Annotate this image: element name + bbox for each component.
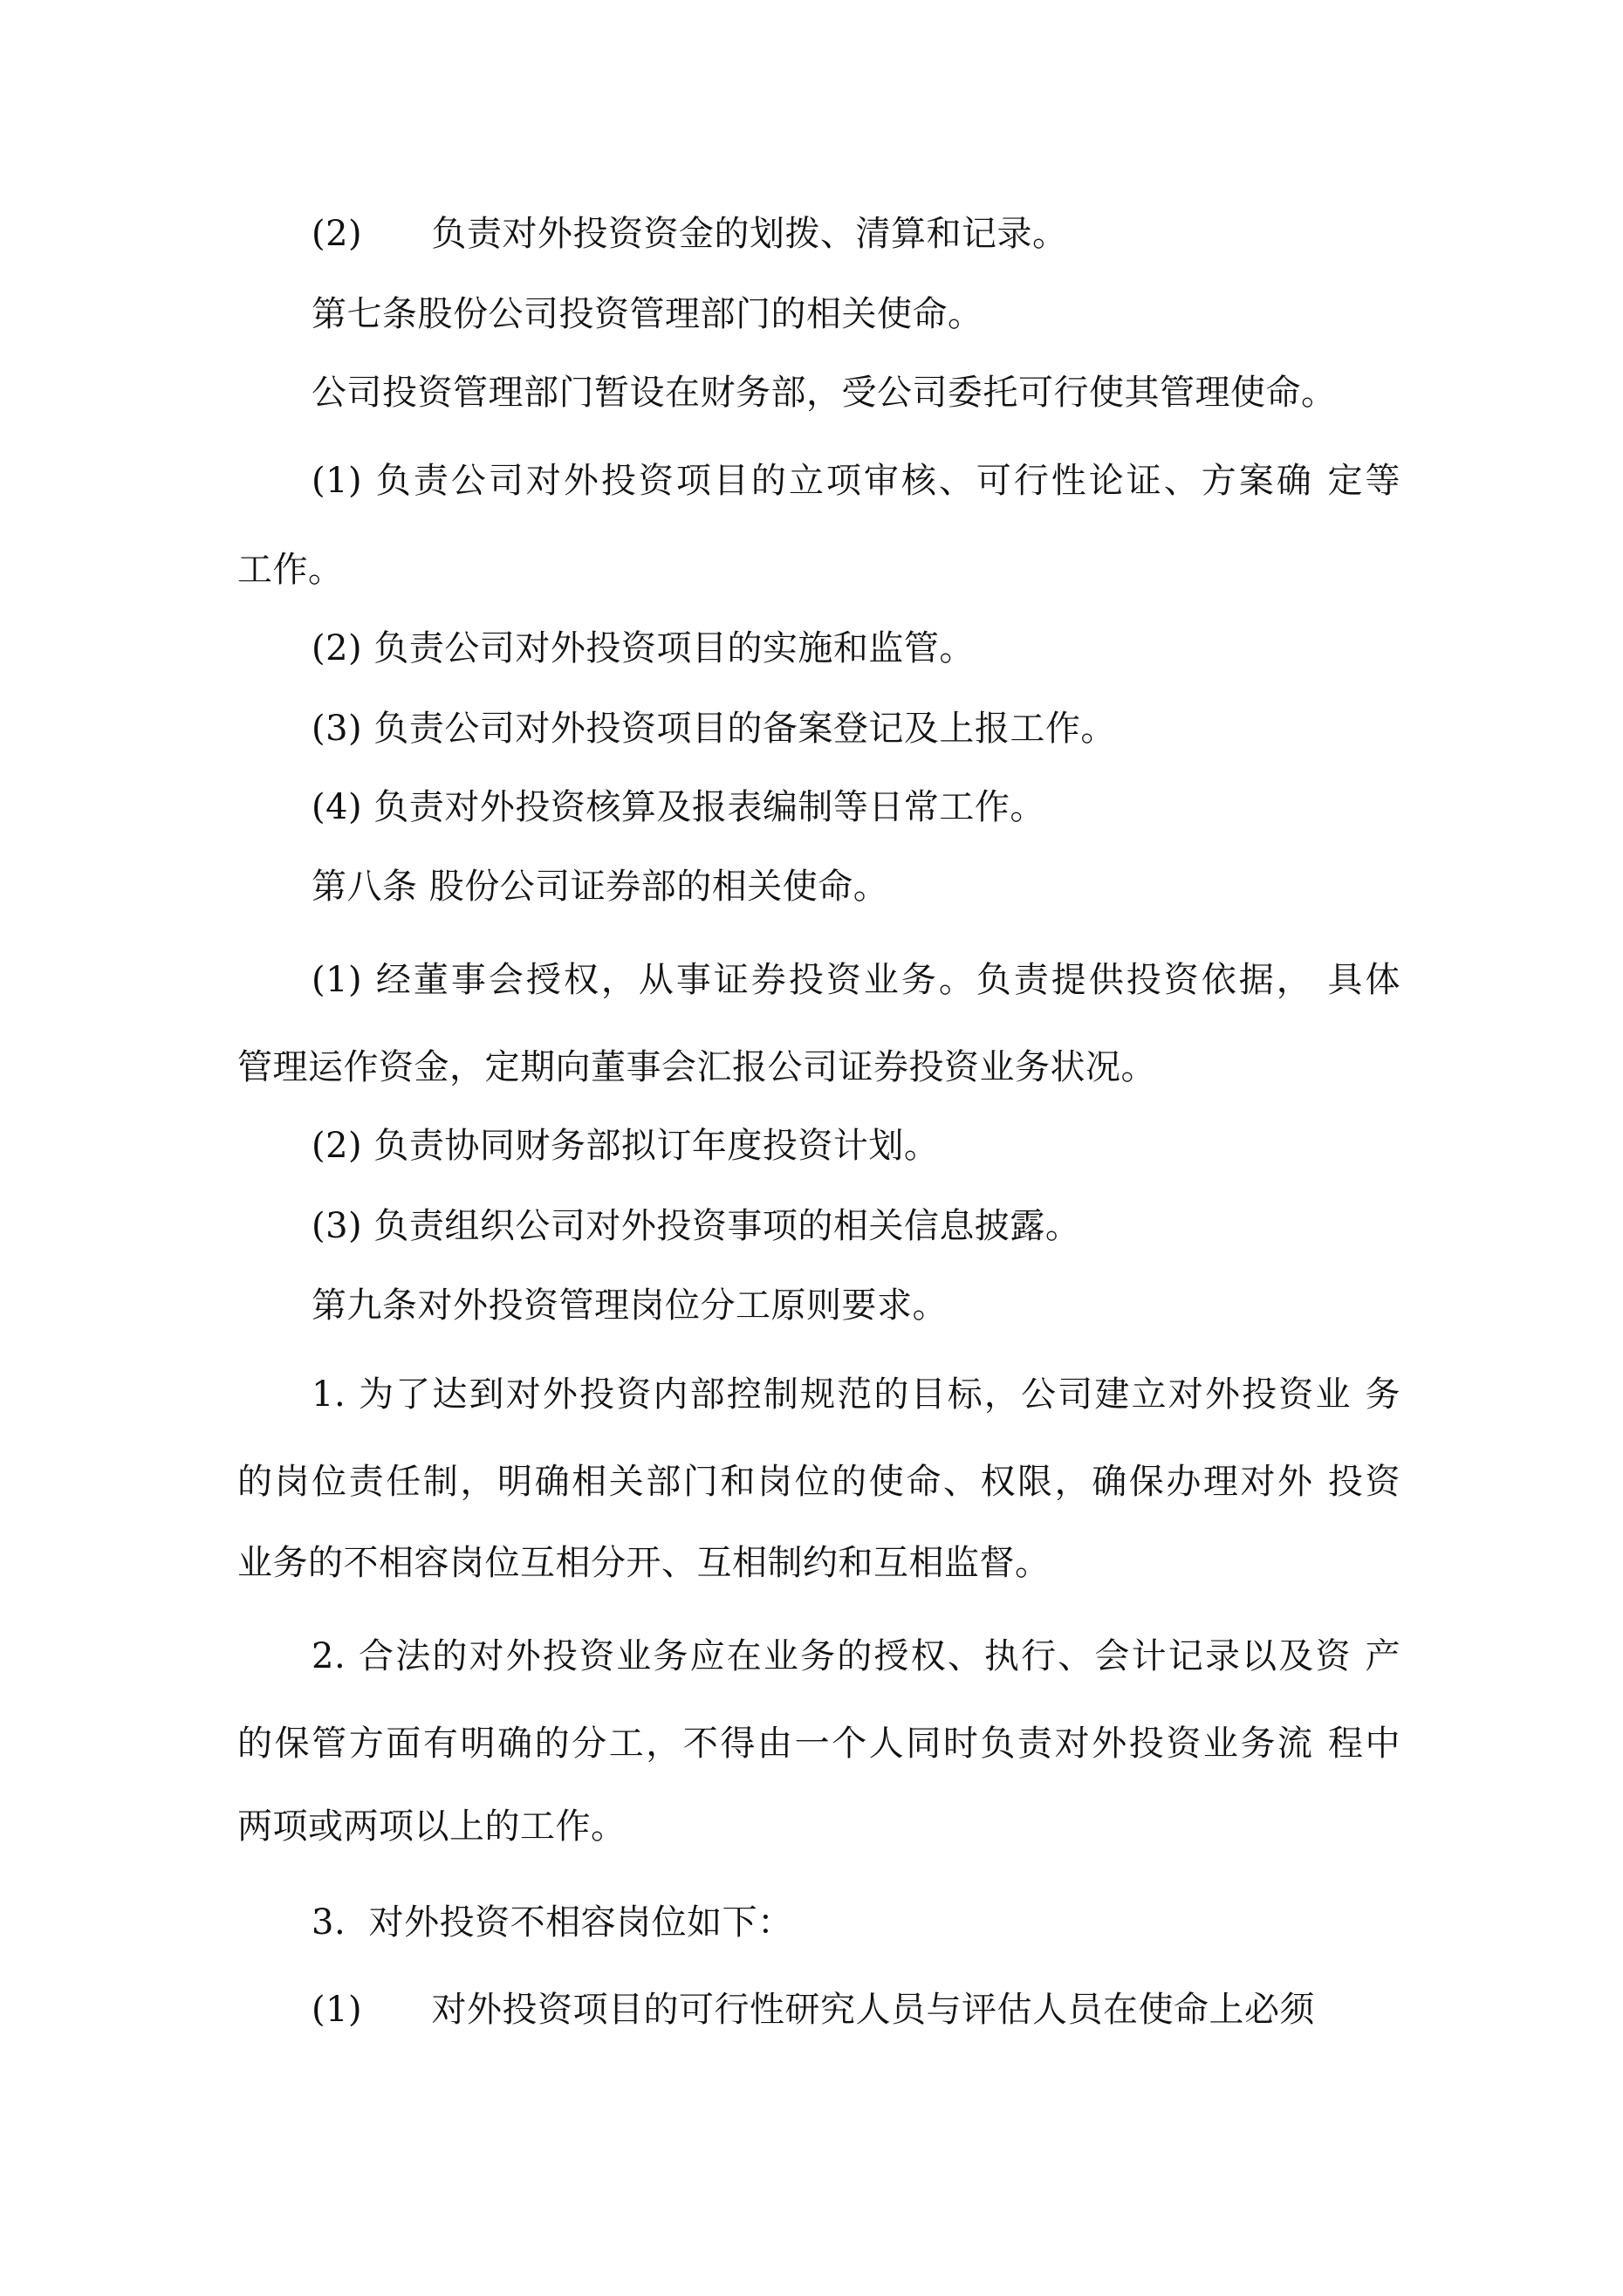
list-item-annual-plan: (2) 负责协同财务部拟订年度投资计划。 [312, 1125, 939, 1167]
list-item-securities-authorization: (1) 经董事会授权，从事证券投资业务。负责提供投资依据， 具体 [312, 959, 1400, 1001]
continuation-two-or-more: 两项或两项以上的工作。 [237, 1806, 627, 1847]
list-item-implementation: (2) 负责公司对外投资项目的实施和监管。 [312, 627, 975, 669]
article-8-heading: 第八条 股份公司证券部的相关使命。 [312, 866, 888, 908]
continuation-work: 工作。 [237, 549, 344, 591]
document-page: (2) 负责对外投资资金的划拨、清算和记录。 第七条股份公司投资管理部门的相关使… [0, 0, 1623, 2296]
list-item-transfer-settlement: (2) 负责对外投资资金的划拨、清算和记录。 [312, 213, 1067, 255]
continuation-separation: 业务的不相容岗位互相分开、互相制约和互相监督。 [237, 1542, 1051, 1584]
list-item-accounting: (4) 负责对外投资核算及报表编制等日常工作。 [312, 786, 1045, 828]
continuation-responsibility-system: 的岗位责任制，明确相关部门和岗位的使命、权限，确保办理对外 投资 [237, 1461, 1400, 1503]
continuation-fund-management: 管理运作资金，定期向董事会汇报公司证券投资业务状况。 [237, 1046, 1156, 1088]
article-7-heading: 第七条股份公司投资管理部门的相关使命。 [312, 293, 983, 335]
list-item-project-review: (1) 负责公司对外投资项目的立项审核、可行性论证、方案确 定等 [312, 460, 1400, 502]
article-9-heading: 第九条对外投资管理岗位分工原则要求。 [312, 1285, 948, 1326]
list-item-disclosure: (3) 负责组织公司对外投资事项的相关信息披露。 [312, 1205, 1080, 1247]
list-item-registration: (3) 负责公司对外投资项目的备案登记及上报工作。 [312, 708, 1116, 750]
paragraph-investment-dept: 公司投资管理部门暂设在财务部，受公司委托可行使其管理使命。 [312, 372, 1337, 414]
continuation-division-of-labor: 的保管方面有明确的分工，不得由一个人同时负责对外投资业务流 程中 [237, 1723, 1400, 1765]
numbered-item-2: 2. 合法的对外投资业务应在业务的授权、执行、会计记录以及资 产 [312, 1635, 1400, 1677]
list-item-feasibility-research: (1) 对外投资项目的可行性研究人员与评估人员在使命上必须 [312, 1989, 1315, 2031]
numbered-item-3: 3. 对外投资不相容岗位如下： [312, 1902, 793, 1943]
numbered-item-1: 1. 为了达到对外投资内部控制规范的目标，公司建立对外投资业 务 [312, 1374, 1400, 1415]
